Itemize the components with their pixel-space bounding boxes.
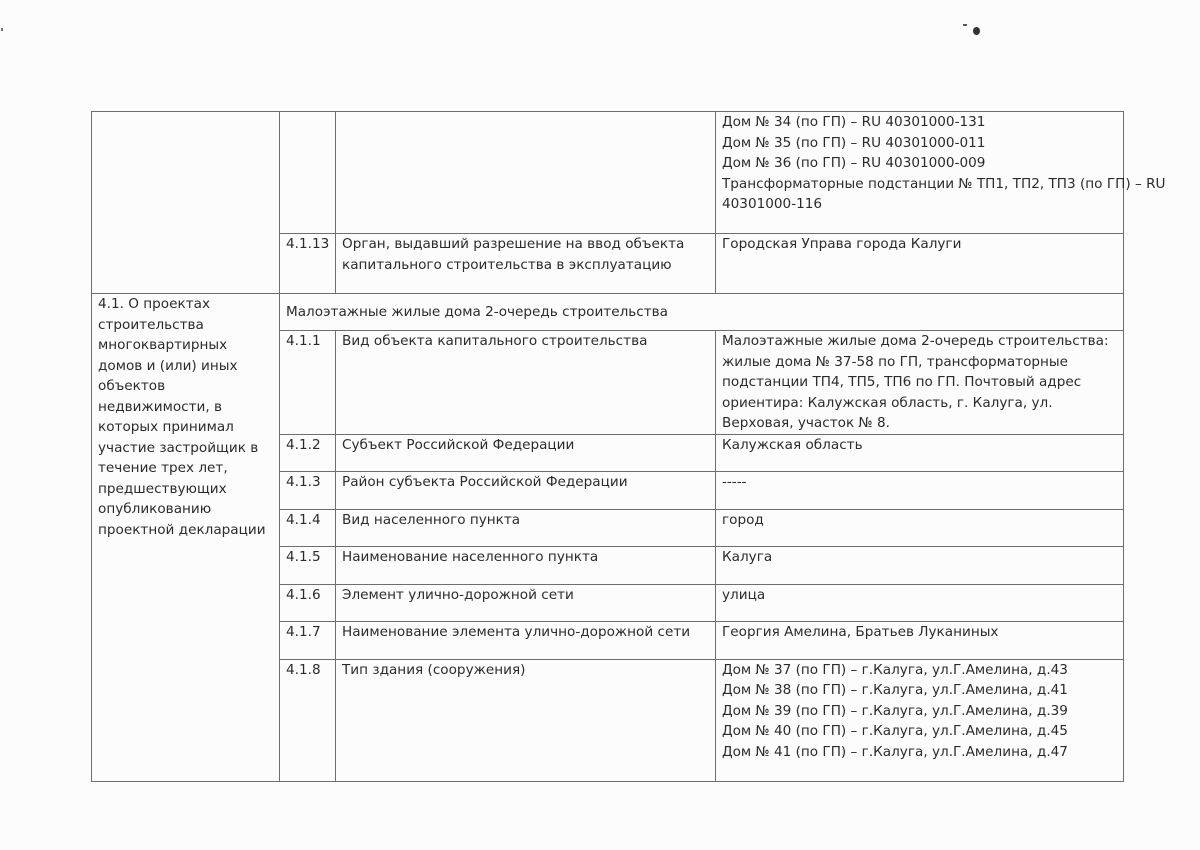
- row-number: 4.1.4: [280, 509, 336, 547]
- row-value: -----: [716, 472, 1124, 510]
- section-heading-line: опубликованию: [98, 499, 273, 520]
- permit-line: Дом № 34 (по ГП) – RU 40301000-131: [722, 112, 1117, 133]
- row-value: улица: [716, 584, 1124, 622]
- row-value: город: [716, 509, 1124, 547]
- section-heading-line: недвижимости, в: [98, 397, 273, 418]
- section-heading-line: которых принимал: [98, 417, 273, 438]
- row-number: 4.1.7: [280, 622, 336, 660]
- empty-num-cell: [280, 112, 336, 234]
- section-heading-cell: 4.1. О проектах строительства многокварт…: [92, 294, 280, 782]
- section-heading-line: предшествующих: [98, 479, 273, 500]
- building-address-line: Дом № 41 (по ГП) – г.Калуга, ул.Г.Амелин…: [722, 742, 1117, 763]
- row-number: 4.1.8: [280, 659, 336, 781]
- row-value: Городская Управа города Калуги: [716, 234, 1124, 294]
- section-heading-line: течение трех лет,: [98, 458, 273, 479]
- section-heading-line: 4.1. О проектах: [98, 294, 273, 315]
- table-row-section-title: 4.1. О проектах строительства многокварт…: [92, 294, 1124, 331]
- row-number: 4.1.13: [280, 234, 336, 294]
- row-label: Вид объекта капитального строительства: [336, 331, 716, 435]
- row-number: 4.1.5: [280, 547, 336, 585]
- section-heading-line: объектов: [98, 376, 273, 397]
- permit-line: Дом № 35 (по ГП) – RU 40301000-011: [722, 133, 1117, 154]
- scan-speck: [963, 24, 967, 26]
- table-row-continued: Дом № 34 (по ГП) – RU 40301000-131 Дом №…: [92, 112, 1124, 234]
- building-addresses-cell: Дом № 37 (по ГП) – г.Калуга, ул.Г.Амелин…: [716, 659, 1124, 781]
- empty-section-cell: [92, 112, 280, 294]
- row-label: Орган, выдавший разрешение на ввод объек…: [336, 234, 716, 294]
- row-number: 4.1.2: [280, 434, 336, 472]
- row-label: Вид населенного пункта: [336, 509, 716, 547]
- scanned-page: Дом № 34 (по ГП) – RU 40301000-131 Дом №…: [0, 0, 1200, 850]
- section-heading-line: участие застройщик в: [98, 438, 273, 459]
- permits-list-cell: Дом № 34 (по ГП) – RU 40301000-131 Дом №…: [716, 112, 1124, 234]
- row-label: Наименование населенного пункта: [336, 547, 716, 585]
- permit-line: 40301000-116: [722, 194, 1117, 215]
- building-address-line: Дом № 37 (по ГП) – г.Калуга, ул.Г.Амелин…: [722, 660, 1117, 681]
- building-address-line: Дом № 40 (по ГП) – г.Калуга, ул.Г.Амелин…: [722, 721, 1117, 742]
- row-value: Георгия Амелина, Братьев Луканиных: [716, 622, 1124, 660]
- row-number: 4.1.1: [280, 331, 336, 435]
- row-value: Малоэтажные жилые дома 2-очередь строите…: [716, 331, 1124, 435]
- scan-speck: [973, 27, 980, 35]
- section-heading-line: домов и (или) иных: [98, 356, 273, 377]
- row-number: 4.1.6: [280, 584, 336, 622]
- row-label: Тип здания (сооружения): [336, 659, 716, 781]
- building-address-line: Дом № 39 (по ГП) – г.Калуга, ул.Г.Амелин…: [722, 701, 1117, 722]
- project-title: Малоэтажные жилые дома 2-очередь строите…: [280, 294, 1124, 331]
- building-address-line: Дом № 38 (по ГП) – г.Калуга, ул.Г.Амелин…: [722, 680, 1117, 701]
- row-value: Калуга: [716, 547, 1124, 585]
- section-heading-line: многоквартирных: [98, 335, 273, 356]
- row-number: 4.1.3: [280, 472, 336, 510]
- row-label: Элемент улично-дорожной сети: [336, 584, 716, 622]
- row-value: Калужская область: [716, 434, 1124, 472]
- scan-mark: [1, 28, 3, 31]
- section-heading-line: проектной декларации: [98, 520, 273, 541]
- row-label: Субъект Российской Федерации: [336, 434, 716, 472]
- row-label: Район субъекта Российской Федерации: [336, 472, 716, 510]
- section-heading-line: строительства: [98, 315, 273, 336]
- empty-label-cell: [336, 112, 716, 234]
- permit-line: Дом № 36 (по ГП) – RU 40301000-009: [722, 153, 1117, 174]
- declaration-table: Дом № 34 (по ГП) – RU 40301000-131 Дом №…: [91, 111, 1124, 782]
- row-label: Наименование элемента улично-дорожной се…: [336, 622, 716, 660]
- permit-line: Трансформаторные подстанции № ТП1, ТП2, …: [722, 174, 1117, 195]
